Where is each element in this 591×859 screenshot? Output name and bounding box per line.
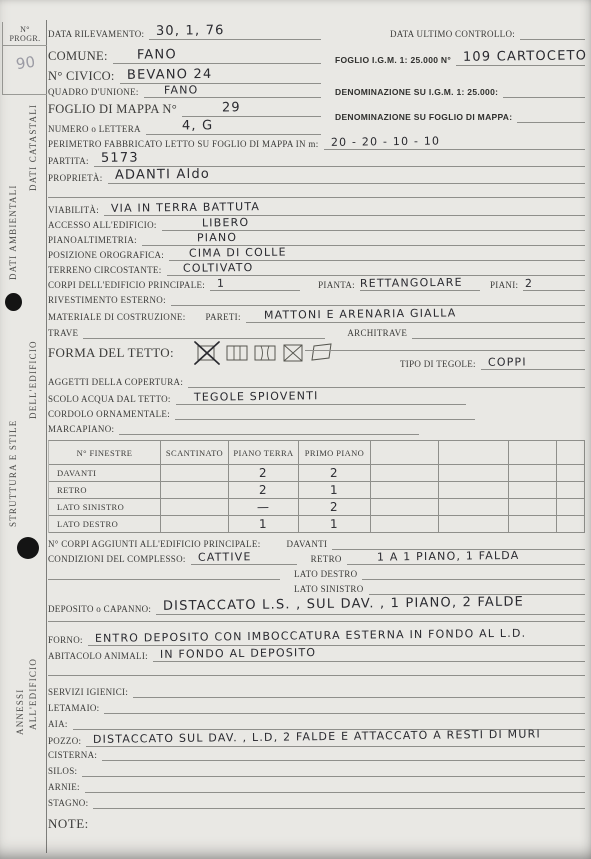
- field-value: [73, 728, 82, 729]
- sublabel-lato-sinistro: LATO SINISTRO: [294, 584, 364, 595]
- progr-box: N° PROGR. 90: [2, 22, 47, 95]
- field-label: FOGLIO DI MAPPA N°: [48, 103, 177, 117]
- field-marcapiano: MARCAPIANO:: [48, 421, 585, 435]
- cell-value: 1: [330, 484, 339, 495]
- field-sublabel-pareti: PARETI:: [206, 312, 241, 323]
- field-value: MATTONI E ARENARIA GIALLA: [246, 307, 459, 322]
- cell-value: 1: [330, 518, 339, 529]
- table-row-label: RETRO: [49, 482, 161, 499]
- cell-value: —: [257, 501, 270, 512]
- field-label-architrave: ARCHITRAVE: [347, 328, 407, 339]
- field-value: VIA IN TERRA BATTUTA: [104, 201, 262, 215]
- table-cell: [161, 465, 229, 482]
- field-label: DATA RILEVAMENTO:: [48, 29, 144, 40]
- field-label: N° CORPI AGGIUNTI ALL'EDIFICIO PRINCIPAL…: [48, 539, 261, 550]
- field-label: FORMA DEL TETTO:: [48, 346, 180, 360]
- field-label: TERRENO CIRCOSTANTE:: [48, 265, 162, 276]
- sublabel-davanti: DAVANTI: [287, 539, 328, 550]
- field-label: LETAMAIO:: [48, 703, 99, 714]
- field-terreno-circostante: TERRENO CIRCOSTANTE: COLTIVATO: [48, 262, 585, 276]
- field-corpi-principale: CORPI DELL'EDIFICIO PRINCIPALE: 1 PIANTA…: [48, 277, 585, 291]
- field-arnie: ARNIE:: [48, 779, 585, 793]
- field-numero-o-lettera: NUMERO o LETTERA 4, G: [48, 121, 321, 135]
- table-cell: 1: [299, 482, 371, 499]
- table-header-blank: [439, 441, 509, 465]
- field-aggetti-copertura: AGGETTI DELLA COPERTURA:: [48, 374, 585, 388]
- field-value: 30, 1, 76: [149, 24, 227, 39]
- field-value: COPPI: [481, 356, 529, 369]
- cell-value: 2: [259, 484, 268, 495]
- field-label: FOGLIO I.G.M. 1: 25.000 N°: [335, 55, 451, 66]
- field-cisterna: CISTERNA:: [48, 747, 585, 761]
- field-materiale-costruzione: MATERIALE DI COSTRUZIONE: PARETI: MATTON…: [48, 307, 585, 323]
- windows-count-table: N° FINESTRE SCANTINATO PIANO TERRA PRIMO…: [48, 440, 585, 533]
- field-numero-civico: N° CIVICO: BEVANO 24: [48, 66, 321, 84]
- scanned-survey-form: N° PROGR. 90 DATI CATASTALI DATI AMBIENT…: [0, 0, 591, 859]
- field-value-piani: 2: [523, 278, 535, 290]
- field-label: ABITACOLO ANIMALI:: [48, 651, 148, 662]
- field-value: [82, 775, 91, 776]
- field-value: [362, 578, 371, 579]
- hole-punch-top: [5, 293, 22, 311]
- field-pianoaltimetria: PIANOALTIMETRIA: PIANO: [48, 232, 585, 246]
- field-label: PIANOALTIMETRIA:: [48, 235, 137, 246]
- margin-divider-line: [46, 20, 47, 853]
- table-cell: [557, 516, 585, 533]
- blank-ruled-line: [48, 664, 585, 676]
- field-value: [102, 759, 111, 760]
- blank-ruled-line: [48, 610, 585, 622]
- ruled-line-segment: [305, 349, 585, 351]
- table-row-label: DAVANTI: [49, 465, 161, 482]
- note-label: NOTE:: [48, 816, 89, 832]
- field-value: CIMA DI COLLE: [169, 247, 289, 260]
- table-cell: [161, 499, 229, 516]
- table-cell: [371, 499, 439, 516]
- table-cell: 2: [229, 465, 299, 482]
- table-cell: 2: [299, 465, 371, 482]
- table-cell: 1: [229, 516, 299, 533]
- roof-shape-icons: [194, 341, 333, 365]
- curved-pitch-roof-icon: [253, 341, 277, 365]
- table-header-scantinato: SCANTINATO: [161, 441, 229, 465]
- field-accesso: ACCESSO ALL'EDIFICIO: LIBERO: [48, 217, 585, 231]
- field-scolo-acqua: SCOLO ACQUA DAL TETTO: TEGOLE SPIOVENTI: [48, 389, 585, 405]
- table-cell: [557, 465, 585, 482]
- field-label: SERVIZI IGIENICI:: [48, 687, 128, 698]
- field-value: IN FONDO AL DEPOSITO: [153, 647, 318, 661]
- field-value: COLTIVATO: [166, 262, 255, 275]
- field-tipo-tegole: TIPO DI TEGOLE: COPPI: [400, 356, 585, 370]
- field-label: RIVESTIMENTO ESTERNO:: [48, 295, 166, 306]
- field-value: [133, 696, 142, 697]
- sublabel-lato-destro: LATO DESTRO: [294, 569, 357, 580]
- table-header-blank: [371, 441, 439, 465]
- field-value: 29: [182, 101, 243, 116]
- margin-section-dati-catastali: DATI CATASTALI: [28, 80, 38, 215]
- table-cell: [439, 482, 509, 499]
- field-value: 1: [210, 278, 227, 290]
- margin-section-struttura-line2: DELL'EDIFICIO: [28, 315, 38, 445]
- field-partita: PARTITA: 5173: [48, 151, 585, 167]
- field-corpi-aggiunti: N° CORPI AGGIUNTI ALL'EDIFICIO PRINCIPAL…: [48, 536, 585, 550]
- table-cell: [371, 465, 439, 482]
- field-label: DENOMINAZIONE SU I.G.M. 1: 25.000:: [335, 87, 498, 98]
- field-lato-destro: LATO DESTRO: [48, 566, 585, 580]
- field-value: [119, 433, 128, 434]
- table-header-primo-piano: PRIMO PIANO: [299, 441, 371, 465]
- field-value: [104, 712, 113, 713]
- field-label: AGGETTI DELLA COPERTURA:: [48, 377, 183, 388]
- field-value: [93, 807, 102, 808]
- field-value: [175, 418, 184, 419]
- field-servizi-igienici: SERVIZI IGIENICI:: [48, 684, 585, 698]
- field-viabilita: VIABILITÀ: VIA IN TERRA BATTUTA: [48, 202, 585, 216]
- table-cell: [439, 499, 509, 516]
- progr-label-line1: N°: [20, 25, 30, 34]
- field-value: [368, 593, 377, 594]
- field-label: FORNO:: [48, 635, 83, 646]
- field-value: FANO: [144, 84, 201, 97]
- field-value: 20 - 20 - 10 - 10: [323, 136, 441, 149]
- table-row-label: LATO SINISTRO: [49, 499, 161, 516]
- field-value: 5173: [94, 151, 141, 166]
- field-label: CORPI DELL'EDIFICIO PRINCIPALE:: [48, 280, 205, 291]
- field-label-piani: PIANI:: [490, 280, 518, 291]
- table-cell: [509, 482, 557, 499]
- margin-section-annessi-line1: ANNESSI: [15, 668, 25, 756]
- table-cell: [371, 482, 439, 499]
- field-label: PROPRIETÀ:: [48, 173, 103, 184]
- field-value: PIANO: [142, 232, 239, 245]
- field-label: DATA ULTIMO CONTROLLO:: [390, 29, 515, 40]
- field-label: AIA:: [48, 719, 68, 730]
- field-value: [332, 548, 341, 549]
- field-condizioni-complesso: CONDIZIONI DEL COMPLESSO: CATTIVE RETRO …: [48, 551, 585, 565]
- table-cell: [557, 499, 585, 516]
- field-value: CATTIVE: [191, 551, 254, 564]
- field-value: [517, 121, 526, 122]
- field-abitacolo-animali: ABITACOLO ANIMALI: IN FONDO AL DEPOSITO: [48, 646, 585, 662]
- table-row-label: LATO DESTRO: [49, 516, 161, 533]
- field-value: FANO: [113, 48, 179, 63]
- field-lato-sinistro: LATO SINISTRO: [48, 581, 585, 595]
- field-value: 4, G: [146, 119, 216, 134]
- field-pozzo: POZZO: DISTACCATO SUL DAV. , L.D, 2 FALD…: [48, 732, 585, 747]
- field-value: ADANTI Aldo: [107, 168, 211, 183]
- field-label: CONDIZIONI DEL COMPLESSO:: [48, 554, 186, 565]
- field-label: ACCESSO ALL'EDIFICIO:: [48, 220, 157, 231]
- progr-value: 90: [1, 43, 48, 75]
- field-label-pianta: PIANTA:: [318, 280, 355, 291]
- flat-roof-crossed-out-icon: [194, 341, 221, 365]
- field-silos: SILOS:: [48, 763, 585, 777]
- field-label: QUADRO D'UNIONE:: [48, 87, 139, 98]
- field-value: ENTRO DEPOSITO CON IMBOCCATURA ESTERNA I…: [88, 628, 529, 645]
- field-label: POSIZIONE OROGRAFICA:: [48, 250, 164, 261]
- table-cell: —: [229, 499, 299, 516]
- field-value: BEVANO 24: [120, 68, 215, 83]
- table-header-blank: [557, 441, 585, 465]
- table-cell: [509, 465, 557, 482]
- field-label: TIPO DI TEGOLE:: [400, 359, 476, 370]
- field-label-trave: TRAVE: [48, 328, 78, 339]
- field-stagno: STAGNO:: [48, 795, 585, 809]
- progr-label: N° PROGR.: [3, 22, 47, 46]
- field-quadro-unione: QUADRO D'UNIONE: FANO: [48, 86, 321, 98]
- field-value-architrave: [412, 337, 421, 338]
- cell-value: 1: [259, 518, 268, 529]
- field-value: [520, 38, 529, 39]
- field-value-trave: [83, 337, 92, 338]
- cell-value: 2: [259, 467, 268, 478]
- field-label: POZZO:: [48, 736, 81, 747]
- field-value: [85, 791, 94, 792]
- field-comune: COMUNE: FANO: [48, 46, 321, 64]
- table-cell: 2: [299, 499, 371, 516]
- field-data-ultimo-controllo: DATA ULTIMO CONTROLLO:: [390, 25, 585, 40]
- single-pitch-roof-icon: [309, 341, 333, 365]
- field-label: STAGNO:: [48, 798, 88, 809]
- table-cell: 1: [299, 516, 371, 533]
- field-label: VIABILITÀ:: [48, 205, 99, 216]
- table-cell: [371, 516, 439, 533]
- table-header-blank: [509, 441, 557, 465]
- field-forno: FORNO: ENTRO DEPOSITO CON IMBOCCATURA ES…: [48, 630, 585, 646]
- table-cell: [161, 516, 229, 533]
- field-foglio-di-mappa: FOGLIO DI MAPPA N° 29: [48, 101, 321, 117]
- double-pitch-roof-icon: [225, 341, 249, 365]
- field-value: LIBERO: [162, 217, 252, 230]
- field-value: 109 CARTOCETO: [456, 49, 589, 65]
- field-value: DISTACCATO SUL DAV. , L.D, 2 FALDE E ATT…: [86, 728, 543, 746]
- field-foglio-igm: FOGLIO I.G.M. 1: 25.000 N° 109 CARTOCETO: [335, 50, 585, 66]
- table-cell: [439, 465, 509, 482]
- field-value-pianta: RETTANGOLARE: [360, 277, 465, 290]
- sublabel-retro: RETRO: [311, 554, 342, 565]
- margin-section-annessi-line2: ALL'EDIFICIO: [28, 638, 38, 750]
- field-label: CISTERNA:: [48, 750, 97, 761]
- field-perimetro-fabbricato: PERIMETRO FABBRICATO LETTO SU FOGLIO DI …: [48, 136, 585, 150]
- field-cordolo: CORDOLO ORNAMENTALE:: [48, 406, 585, 420]
- field-label: ARNIE:: [48, 782, 80, 793]
- field-value-retro: 1 A 1 PIANO, 1 FALDA: [347, 550, 522, 564]
- table-header-piano-terra: PIANO TERRA: [229, 441, 299, 465]
- field-proprieta: PROPRIETÀ: ADANTI Aldo: [48, 168, 585, 184]
- field-value: [503, 96, 512, 97]
- field-label: COMUNE:: [48, 50, 108, 64]
- pavilion-roof-icon: [281, 341, 305, 365]
- field-value: TEGOLE SPIOVENTI: [176, 390, 321, 404]
- field-label: SILOS:: [48, 766, 77, 777]
- field-trave-architrave: TRAVE ARCHITRAVE: [48, 325, 585, 339]
- field-value: [171, 304, 180, 305]
- field-label: NUMERO o LETTERA: [48, 124, 141, 135]
- field-value: [188, 386, 197, 387]
- hole-punch-bottom: [17, 537, 39, 559]
- field-label: N° CIVICO:: [48, 70, 115, 84]
- cell-value: 2: [330, 501, 339, 512]
- table-cell: 2: [229, 482, 299, 499]
- field-posizione-orografica: POSIZIONE OROGRAFICA: CIMA DI COLLE: [48, 247, 585, 261]
- field-label: SCOLO ACQUA DAL TETTO:: [48, 394, 171, 405]
- field-forma-del-tetto: FORMA DEL TETTO:: [48, 341, 333, 365]
- cell-value: 2: [330, 467, 339, 478]
- field-label: MATERIALE DI COSTRUZIONE:: [48, 312, 186, 323]
- table-cell: [161, 482, 229, 499]
- field-denominazione-mappa: DENOMINAZIONE SU FOGLIO DI MAPPA:: [335, 108, 585, 123]
- field-denominazione-igm: DENOMINAZIONE SU I.G.M. 1: 25.000:: [335, 83, 585, 98]
- field-letamaio: LETAMAIO:: [48, 700, 585, 714]
- field-label: CORDOLO ORNAMENTALE:: [48, 409, 170, 420]
- table-cell: [439, 516, 509, 533]
- table-cell: [557, 482, 585, 499]
- field-data-rilevamento: DATA RILEVAMENTO: 30, 1, 76: [48, 25, 321, 40]
- progr-label-line2: PROGR.: [9, 34, 40, 43]
- blank-ruled-line: [48, 186, 585, 198]
- field-label: DENOMINAZIONE SU FOGLIO DI MAPPA:: [335, 112, 512, 123]
- table-cell: [509, 516, 557, 533]
- field-label: PERIMETRO FABBRICATO LETTO SU FOGLIO DI …: [48, 139, 319, 150]
- table-header-finestre: N° FINESTRE: [49, 441, 161, 465]
- margin-section-struttura-line1: STRUTTURA E STILE: [8, 338, 18, 608]
- table-cell: [509, 499, 557, 516]
- field-label: MARCAPIANO:: [48, 424, 114, 435]
- field-rivestimento: RIVESTIMENTO ESTERNO:: [48, 292, 585, 306]
- field-label: PARTITA:: [48, 156, 89, 167]
